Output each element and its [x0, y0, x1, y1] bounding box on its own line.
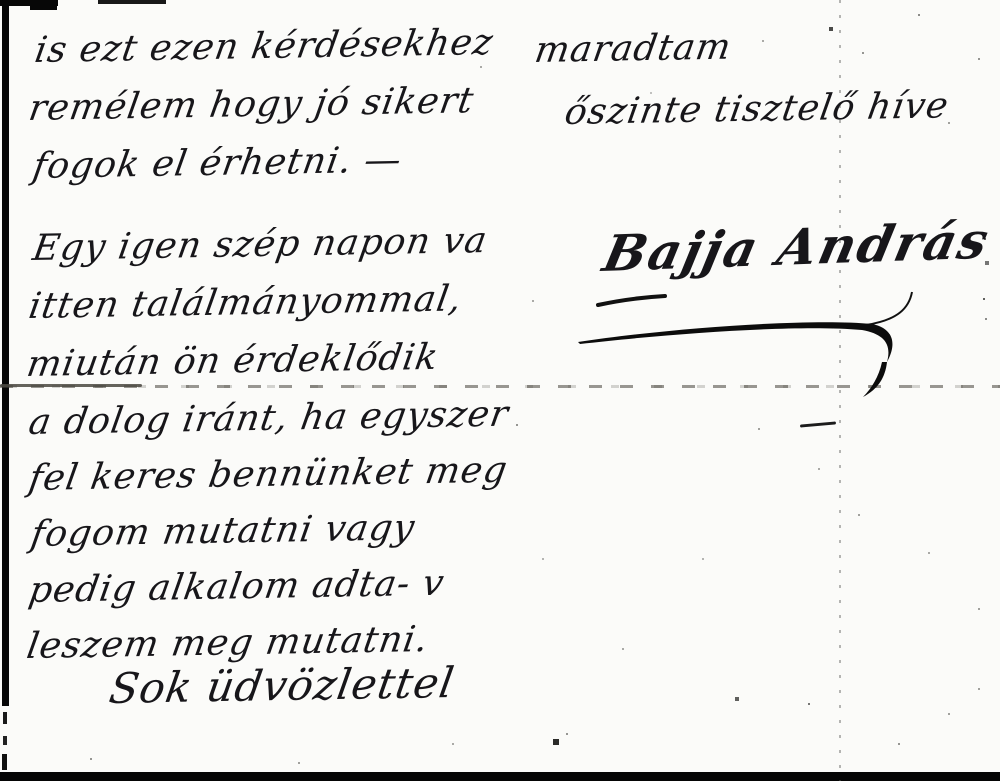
- letter-body-line: fogok el érhetni. —: [30, 140, 405, 187]
- scan-edge-left-bar: [2, 0, 9, 706]
- letter-body-line: is ezt ezen kérdésekhez: [32, 22, 496, 71]
- signature-flourish: [560, 278, 980, 413]
- letter-body-line: pedig alkalom adta- v: [26, 563, 448, 611]
- scan-speckles: [0, 0, 2, 2]
- stray-ink-dash: [800, 421, 836, 427]
- signature: Bajja András: [598, 211, 995, 283]
- letter-body-line: fel keres bennünket meg: [26, 450, 511, 499]
- letter-body-line: fogom mutatni vagy: [28, 507, 418, 555]
- scan-edge-top-segment: [98, 0, 166, 4]
- letter-body-line: itten találmányommal,: [26, 278, 465, 327]
- scan-edge-left-fragment: [2, 754, 7, 770]
- letter-body-line: Egy igen szép napon va: [30, 220, 490, 269]
- letter-closing-line: maradtam: [532, 27, 734, 71]
- letter-body-line: remélem hogy jó sikert: [26, 80, 477, 129]
- fold-crease-left-segment: [0, 384, 142, 387]
- letter-valediction: Sok üdvözlettel: [106, 658, 458, 713]
- letter-page: is ezt ezen kérdésekhez remélem hogy jó …: [0, 0, 1000, 781]
- scan-edge-bottom-bar: [0, 772, 1000, 781]
- letter-body-line: a dolog iránt, ha egyszer: [26, 394, 512, 443]
- letter-body-line: miután ön érdeklődik: [24, 337, 442, 385]
- scan-edge-left-fragment: [3, 736, 7, 745]
- scan-edge-top-segment: [30, 0, 57, 10]
- letter-closing-line: őszinte tisztelő híve: [562, 85, 952, 133]
- scan-edge-left-fragment: [3, 712, 7, 724]
